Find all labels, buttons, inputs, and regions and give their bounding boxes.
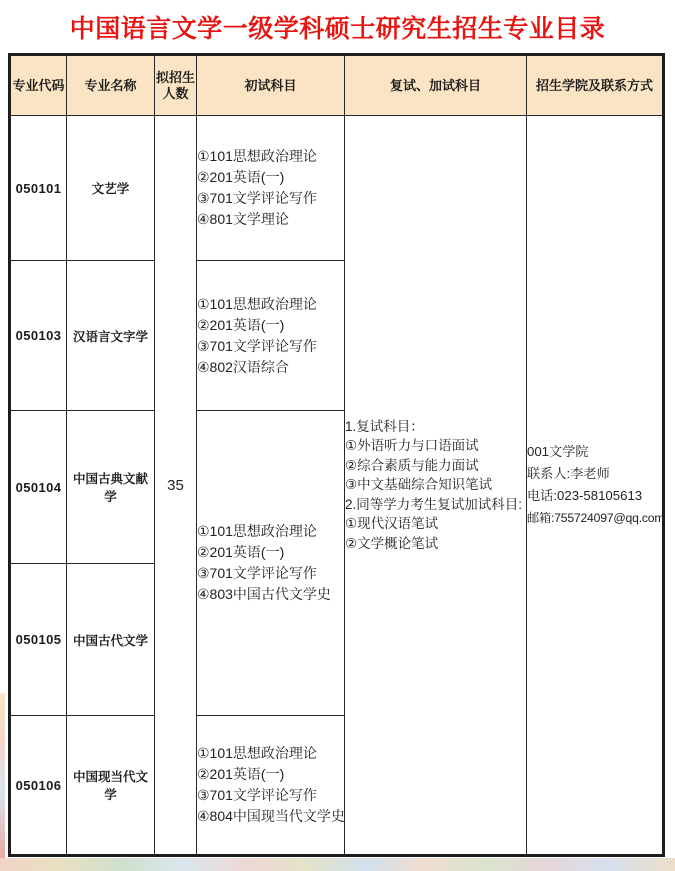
exam-line: ②201英语(一) xyxy=(197,542,344,563)
background-photo-edge-left xyxy=(0,693,5,858)
phone-line: 电话:023-58105613 xyxy=(527,485,662,507)
admission-catalog-table: 专业代码 专业名称 拟招生人数 初试科目 复试、加试科目 招生学院及联系方式 0… xyxy=(8,53,665,857)
initial-exams-cell: ①101思想政治理论 ②201英语(一) ③701文学评论写作 ④801文学理论 xyxy=(197,116,345,261)
retest-line: ①外语听力与口语面试 xyxy=(345,436,526,456)
exam-line: ①101思想政治理论 xyxy=(197,294,344,315)
page-title: 中国语言文学一级学科硕士研究生招生专业目录 xyxy=(0,9,675,45)
retest-line: 1.复试科目： xyxy=(345,417,526,437)
page: { "page": { "title": "中国语言文学一级学科硕士研究生招生专… xyxy=(0,0,675,871)
retest-line: ③中文基础综合知识笔试 xyxy=(345,475,526,495)
exam-line: ③701文学评论写作 xyxy=(197,336,344,357)
retest-line: ②文学概论笔试 xyxy=(345,534,526,554)
exam-line: ①101思想政治理论 xyxy=(197,146,344,167)
header-row: 专业代码 专业名称 拟招生人数 初试科目 复试、加试科目 招生学院及联系方式 xyxy=(10,55,664,116)
contact-info-cell: 001文学院 联系人:李老师 电话:023-58105613 邮箱:755724… xyxy=(527,116,664,856)
major-code-cell: 050105 xyxy=(10,564,67,716)
exam-line: ③701文学评论写作 xyxy=(197,188,344,209)
exam-line: ④802汉语综合 xyxy=(197,357,344,378)
col-header-college-contact: 招生学院及联系方式 xyxy=(527,55,664,116)
major-code-cell: 050101 xyxy=(10,116,67,261)
initial-exams-cell: ①101思想政治理论 ②201英语(一) ③701文学评论写作 ④804中国现当… xyxy=(197,716,345,856)
retest-line: 2.同等学力考生复试加试科目: xyxy=(345,495,526,515)
major-name-cell: 中国现当代文学 xyxy=(67,716,155,856)
exam-line: ③701文学评论写作 xyxy=(197,785,344,806)
col-header-major-name: 专业名称 xyxy=(67,55,155,116)
col-header-initial-exams: 初试科目 xyxy=(197,55,345,116)
exam-line: ①101思想政治理论 xyxy=(197,743,344,764)
col-header-planned-enrollment: 拟招生人数 xyxy=(155,55,197,116)
retest-line: ②综合素质与能力面试 xyxy=(345,456,526,476)
col-header-retest-subjects: 复试、加试科目 xyxy=(345,55,527,116)
initial-exams-cell: ①101思想政治理论 ②201英语(一) ③701文学评论写作 ④803中国古代… xyxy=(197,411,345,716)
planned-enrollment-cell: 35 xyxy=(155,116,197,856)
contact-person-line: 联系人:李老师 xyxy=(527,463,662,485)
exam-line: ③701文学评论写作 xyxy=(197,563,344,584)
exam-line: ④801文学理论 xyxy=(197,209,344,230)
major-name-cell: 文艺学 xyxy=(67,116,155,261)
background-photo-edge-bottom xyxy=(0,858,675,871)
college-line: 001文学院 xyxy=(527,441,662,463)
table-row: 050101 文艺学 35 ①101思想政治理论 ②201英语(一) ③701文… xyxy=(10,116,664,261)
exam-line: ④804中国现当代文学史 xyxy=(197,806,344,827)
exam-line: ④803中国古代文学史 xyxy=(197,584,344,605)
email-line: 邮箱:755724097@qq.com xyxy=(527,507,662,529)
major-name-cell: 中国古典文献学 xyxy=(67,411,155,564)
initial-exams-cell: ①101思想政治理论 ②201英语(一) ③701文学评论写作 ④802汉语综合 xyxy=(197,261,345,411)
retest-line: ①现代汉语笔试 xyxy=(345,514,526,534)
exam-line: ②201英语(一) xyxy=(197,764,344,785)
col-header-major-code: 专业代码 xyxy=(10,55,67,116)
exam-line: ②201英语(一) xyxy=(197,315,344,336)
major-code-cell: 050106 xyxy=(10,716,67,856)
exam-line: ②201英语(一) xyxy=(197,167,344,188)
major-name-cell: 中国古代文学 xyxy=(67,564,155,716)
major-code-cell: 050104 xyxy=(10,411,67,564)
retest-subjects-cell: 1.复试科目： ①外语听力与口语面试 ②综合素质与能力面试 ③中文基础综合知识笔… xyxy=(345,116,527,856)
major-code-cell: 050103 xyxy=(10,261,67,411)
major-name-cell: 汉语言文字学 xyxy=(67,261,155,411)
exam-line: ①101思想政治理论 xyxy=(197,521,344,542)
